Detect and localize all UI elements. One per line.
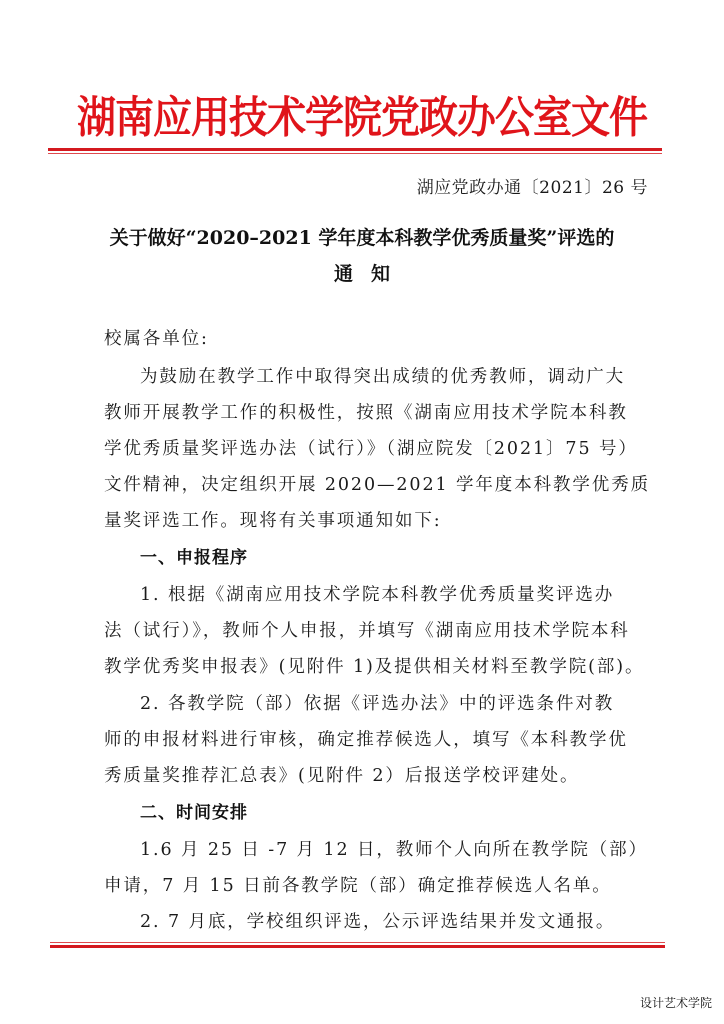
section-2-item-1-line: 申请，7 月 15 日前各教学院（部）确定推荐候选人名单。 [104,874,612,898]
section-2-item-1-line: 1.6 月 25 日 -7 月 12 日，教师个人向所在教学院（部） [140,838,648,862]
watermark-label: 设计艺术学院 [640,996,712,1010]
divider-thick-line [48,148,662,151]
intro-line: 为鼓励在教学工作中取得突出成绩的优秀教师，调动广大 [140,365,625,389]
section-1-item-1-line: 法（试行）》，教师个人申报，并填写《湖南应用技术学院本科 [104,619,630,643]
document-number: 湖应党政办通〔2021〕26 号 [417,176,648,200]
intro-line: 量奖评选工作。现将有关事项通知如下: [104,509,442,533]
section-heading-application: 一、申报程序 [140,546,248,570]
divider-thick-line [50,945,665,948]
intro-line: 学优秀质量奖评选办法（试行）》（湖应院发〔2021〕75 号） [104,437,638,461]
divider-thin-line [50,942,665,943]
intro-line: 教师开展教学工作的积极性，按照《湖南应用技术学院本科教 [104,401,628,425]
section-1-item-2-line: 秀质量奖推荐汇总表》(见附件 2）后报送学校评建处。 [104,764,579,788]
salutation: 校属各单位: [104,327,209,351]
notice-title-line-1: 关于做好“2020–2021 学年度本科教学优秀质量奖”评选的 [60,225,664,251]
section-1-item-2-line: 2. 各教学院（部）依据《评选办法》中的评选条件对教 [140,692,614,716]
section-2-item-2-line: 2. 7 月底，学校组织评选，公示评选结果并发文通报。 [140,910,615,934]
section-heading-schedule: 二、时间安排 [140,801,248,825]
divider-thin-line [48,153,662,154]
intro-line: 文件精神，决定组织开展 2020—2021 学年度本科教学优秀质 [104,473,650,497]
section-1-item-1-line: 1. 根据《湖南应用技术学院本科教学优秀质量奖评选办 [140,583,614,607]
section-1-item-2-line: 师的申报材料进行审核，确定推荐候选人，填写《本科教学优 [104,728,628,752]
notice-title-line-2: 通知 [60,261,664,287]
section-1-item-1-line: 教学优秀奖申报表》(见附件 1)及提供相关材料至教学院(部)。 [104,655,644,679]
masthead-title: 湖南应用技术学院党政办公室文件 [60,91,664,147]
